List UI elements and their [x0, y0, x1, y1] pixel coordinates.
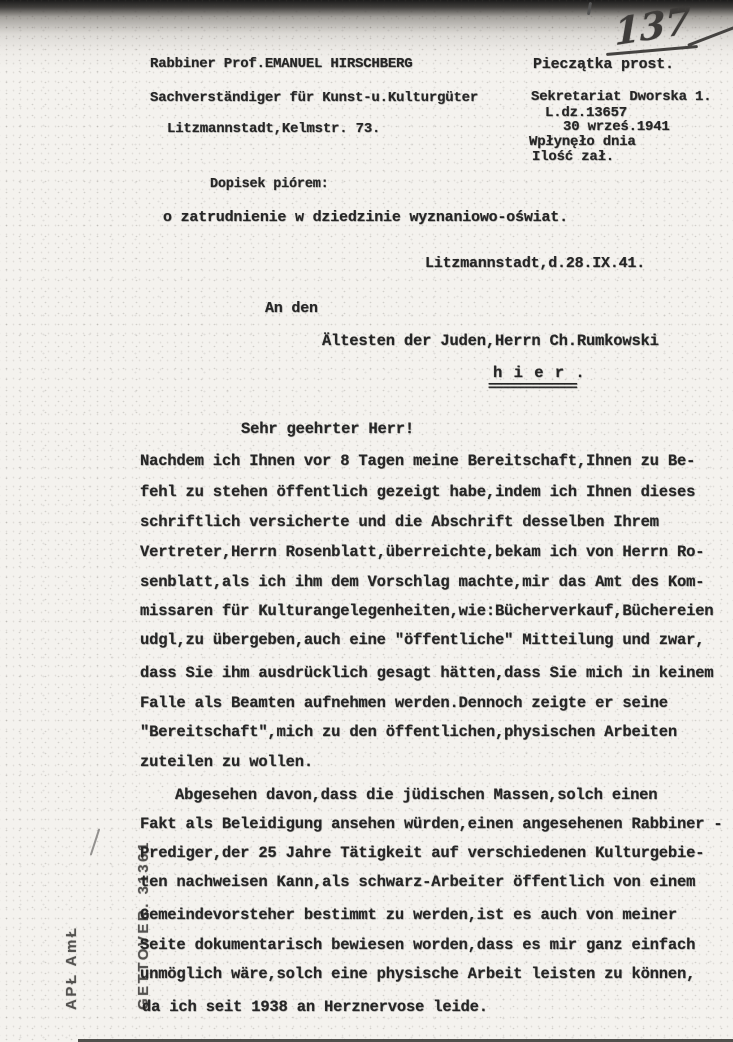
archive-stamp: APŁ AmŁ GETTOVER. 31361 — [12, 810, 68, 1010]
archive-stamp-line1: APŁ AmŁ — [60, 810, 84, 1010]
body-line: missaren für Kulturangelegenheiten,wie:B… — [140, 602, 713, 620]
body-line: senblatt,als ich ihm dem Vorschlag macht… — [140, 573, 704, 591]
body-line: dass Sie ihm ausdrücklich gesagt hätten,… — [140, 664, 713, 682]
receipt-stamp-received: Wpłynęło dnia — [529, 134, 636, 150]
body-line: schriftlich versicherte und die Abschrif… — [140, 513, 659, 531]
receipt-stamp-label: Pieczątka prost. — [533, 56, 674, 73]
body-line: Abgesehen davon,dass die jüdischen Masse… — [175, 786, 657, 804]
body-line: Vertreter,Herrn Rosenblatt,überreichte,b… — [140, 543, 704, 561]
body-line: zuteilen zu wollen. — [140, 753, 313, 771]
body-line: fehl zu stehen öffentlich gezeigt habe,i… — [140, 483, 695, 501]
body-line: da ich seit 1938 an Herznervose leide. — [142, 998, 488, 1016]
recipient-underline: ============== — [488, 379, 576, 394]
body-line: "Bereitschaft",mich zu den öffentlichen,… — [140, 723, 677, 741]
body-line: ten nachweisen Kann,als schwarz-Arbeiter… — [140, 873, 695, 891]
body-line: Falle als Beamten aufnehmen werden.Denno… — [140, 694, 668, 712]
body-line: unmöglich wäre,solch eine physische Arbe… — [140, 965, 695, 983]
receipt-stamp-office: Sekretariat Dworska 1. — [531, 89, 711, 105]
receipt-stamp-enclosures: Ilość zał. — [532, 149, 614, 165]
receipt-stamp-date: 30 wrześ.1941 — [563, 119, 670, 135]
sender-title: Sachverständiger für Kunst-u.Kulturgüter — [150, 90, 478, 106]
body-line: Fakt als Beleidigung ansehen würden,eine… — [140, 815, 723, 833]
body-line: Gemeindevorsteher bestimmt zu werden,ist… — [140, 906, 677, 924]
body-line: Seite dokumentarisch bewiesen worden,das… — [140, 936, 695, 954]
body-line: udgl,zu übergeben,auch eine "öffentliche… — [140, 631, 704, 649]
document-page: 137 APŁ AmŁ GETTOVER. 31361 Rabbiner Pro… — [0, 0, 733, 1042]
sender-address: Litzmannstadt,Kelmstr. 73. — [167, 121, 380, 137]
salutation: Sehr geehrter Herr! — [241, 420, 414, 438]
pen-note-heading: Dopisek piórem: — [210, 177, 329, 192]
body-line: Prediger,der 25 Jahre Tätigkeit auf vers… — [140, 844, 704, 862]
recipient-line2: Ältesten der Juden,Herrn Ch.Rumkowski — [322, 332, 659, 350]
dateline: Litzmannstadt,d.28.IX.41. — [425, 255, 645, 272]
pen-note-text: o zatrudnienie w dziedzinie wyznaniowo-o… — [163, 209, 568, 226]
recipient-line1: An den — [265, 300, 318, 317]
body-line: Nachdem ich Ihnen vor 8 Tagen meine Bere… — [140, 452, 695, 470]
sender-name: Rabbiner Prof.EMANUEL HIRSCHBERG — [150, 56, 412, 72]
